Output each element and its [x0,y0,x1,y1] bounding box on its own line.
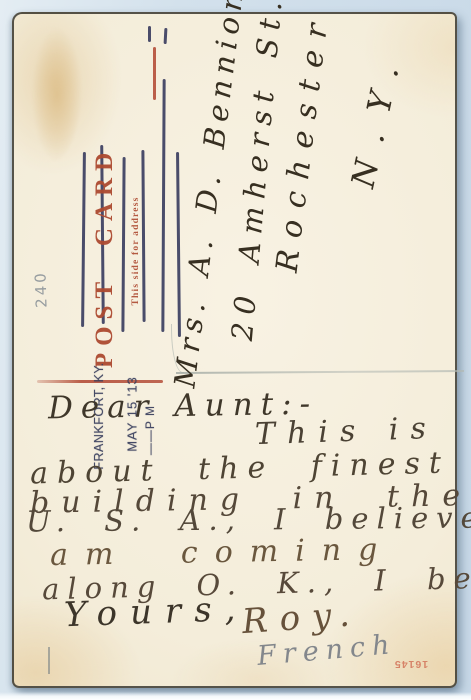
cancellation-bar [121,157,125,332]
printed-number: 16145 [394,658,428,670]
pencil-tick [48,647,50,674]
message-closing: Yours, [63,589,249,635]
pencil-number: 240 [31,270,50,308]
photo-edge [0,692,471,700]
message-line: U. S. A., I believe me, [26,500,471,539]
photo-background: { "postcard": { "imprint": { "title": "P… [0,0,471,700]
pencil-stroke [176,370,464,374]
postcard: POST CARD This side for address FRANKFOR… [12,12,457,688]
address-side-note: This side for address [131,196,141,305]
red-crayon-mark-vertical [153,47,156,100]
cancellation-bar [161,79,165,332]
cancellation-bar-stub [148,26,151,42]
post-card-imprint: POST CARD [91,146,119,368]
cancellation-bar [141,150,145,322]
cancellation-bar-stub [164,28,168,44]
paper-damage-patch [32,28,82,162]
cancellation-bar [81,152,86,327]
address-state: N.Y. [344,43,411,191]
